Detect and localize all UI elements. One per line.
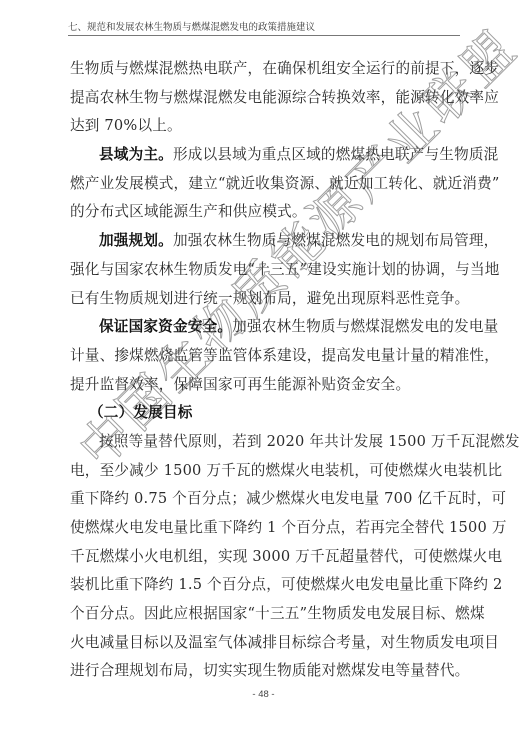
running-header: 七、规范和发展农林生物质与燃煤混燃发电的政策措施建议 [68, 22, 460, 34]
text-line: 的分布式区域能源生产和供应模式。 [70, 198, 462, 227]
paragraph-lead: 县域为主。 [99, 146, 173, 163]
paragraph-first-line: 县域为主。形成以县域为重点区域的燃煤热电联产与生物质混 [70, 141, 462, 170]
text-line: 达到 70%以上。 [70, 112, 462, 141]
text-line: 火电减量目标以及温室气体减排目标综合考量，对生物质发电项目 [70, 629, 462, 658]
paragraph-lead: 加强规划。 [99, 232, 173, 249]
text-line: 计量、掺煤燃烧监管等监管体系建设，提高发电量计量的精准性， [70, 342, 462, 371]
text-line: 燃产业发展模式，建立“就近收集资源、就近加工转化、就近消费” [70, 170, 462, 199]
text-line: 使燃煤火电发电量比重下降约 1 个百分点，若再完全替代 1500 万 [70, 514, 462, 543]
text-line: 进行合理规划布局，切实实现生物质能对燃煤发电等量替代。 [70, 657, 462, 686]
text-span: 加强农林生物质与燃煤混燃发电的发电量 [232, 318, 498, 335]
text-line: 装机比重下降约 1.5 个百分点，可使燃煤火电发电量比重下降约 2 [70, 571, 462, 600]
document-body: 生物质与燃煤混燃热电联产，在确保机组安全运行的前提下，逐步 提高农林生物与燃煤混… [70, 55, 462, 686]
text-span: 形成以县域为重点区域的燃煤热电联产与生物质混 [173, 146, 498, 163]
paragraph-lead: 保证国家资金安全。 [99, 318, 232, 335]
header-divider [68, 35, 460, 36]
text-line: 强化与国家农林生物质发电“十三五”建设实施计划的协调，与当地 [70, 256, 462, 285]
text-line: 按照等量替代原则，若到 2020 年共计发展 1500 万千瓦混燃发 [70, 428, 462, 457]
text-line: 个百分点。因此应根据国家“十三五”生物质发电发展目标、燃煤 [70, 600, 462, 629]
text-line: 重下降约 0.75 个百分点；减少燃煤火电发电量 700 亿千瓦时，可 [70, 485, 462, 514]
section-heading: （二）发展目标 [70, 399, 462, 428]
text-span: 加强农林生物质与燃煤混燃发电的规划布局管理， [173, 232, 498, 249]
text-line: 生物质与燃煤混燃热电联产，在确保机组安全运行的前提下，逐步 [70, 55, 462, 84]
paragraph-first-line: 保证国家资金安全。加强农林生物质与燃煤混燃发电的发电量 [70, 313, 462, 342]
paragraph-first-line: 加强规划。加强农林生物质与燃煤混燃发电的规划布局管理， [70, 227, 462, 256]
text-line: 提高农林生物与燃煤混燃发电能源综合转换效率，能源转化效率应 [70, 84, 462, 113]
page-number: - 48 - [0, 689, 527, 700]
text-line: 已有生物质规划进行统一规划布局，避免出现原料恶性竞争。 [70, 285, 462, 314]
text-line: 电，至少减少 1500 万千瓦的燃煤火电装机，可使燃煤火电装机比 [70, 457, 462, 486]
text-line: 提升监督效率，保障国家可再生能源补贴资金安全。 [70, 371, 462, 400]
text-line: 千瓦燃煤小火电机组，实现 3000 万千瓦超量替代，可使燃煤火电 [70, 543, 462, 572]
